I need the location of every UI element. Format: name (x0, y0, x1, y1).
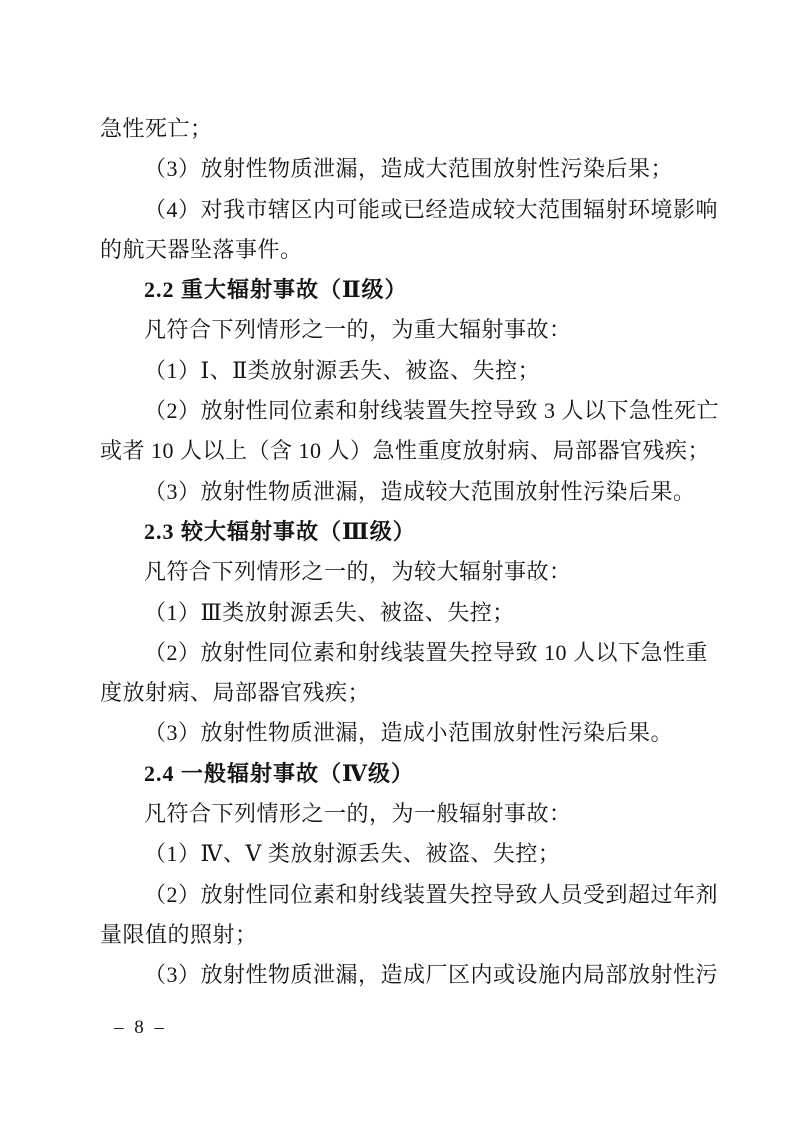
document-line: 量限值的照射； (100, 915, 710, 955)
document-line: （3）放射性物质泄漏，造成小范围放射性污染后果。 (100, 713, 710, 753)
document-line: （1）Ⅳ、Ⅴ 类放射源丢失、被盗、失控； (100, 834, 710, 874)
document-line: 凡符合下列情形之一的，为一般辐射事故： (100, 794, 710, 834)
document-line: （3）放射性物质泄漏，造成厂区内或设施内局部放射性污 (100, 955, 710, 995)
document-line: （1）Ⅰ、Ⅱ类放射源丢失、被盗、失控； (100, 351, 710, 391)
document-line: （3）放射性物质泄漏，造成大范围放射性污染后果； (100, 149, 710, 189)
document-line: 凡符合下列情形之一的，为较大辐射事故： (100, 552, 710, 592)
document-line: （1）Ⅲ类放射源丢失、被盗、失控； (100, 593, 710, 633)
section-heading: 2.4 一般辐射事故（Ⅳ级） (100, 754, 710, 794)
document-line: （4）对我市辖区内可能或已经造成较大范围辐射环境影响 (100, 190, 710, 230)
document-page: 急性死亡；（3）放射性物质泄漏，造成大范围放射性污染后果；（4）对我市辖区内可能… (0, 0, 800, 1131)
document-line: 的航天器坠落事件。 (100, 230, 710, 270)
document-text-block: 急性死亡；（3）放射性物质泄漏，造成大范围放射性污染后果；（4）对我市辖区内可能… (100, 109, 710, 996)
document-line: 度放射病、局部器官残疾； (100, 673, 710, 713)
document-line: 急性死亡； (100, 109, 710, 149)
section-heading: 2.3 较大辐射事故（Ⅲ级） (100, 512, 710, 552)
page-number: – 8 – (114, 1017, 167, 1039)
section-heading: 2.2 重大辐射事故（Ⅱ级） (100, 270, 710, 310)
document-line: （2）放射性同位素和射线装置失控导致 3 人以下急性死亡 (100, 391, 710, 431)
document-line: 或者 10 人以上（含 10 人）急性重度放射病、局部器官残疾； (100, 431, 710, 471)
document-line: 凡符合下列情形之一的，为重大辐射事故： (100, 310, 710, 350)
document-line: （2）放射性同位素和射线装置失控导致人员受到超过年剂 (100, 875, 710, 915)
document-line: （2）放射性同位素和射线装置失控导致 10 人以下急性重 (100, 633, 710, 673)
document-line: （3）放射性物质泄漏，造成较大范围放射性污染后果。 (100, 472, 710, 512)
